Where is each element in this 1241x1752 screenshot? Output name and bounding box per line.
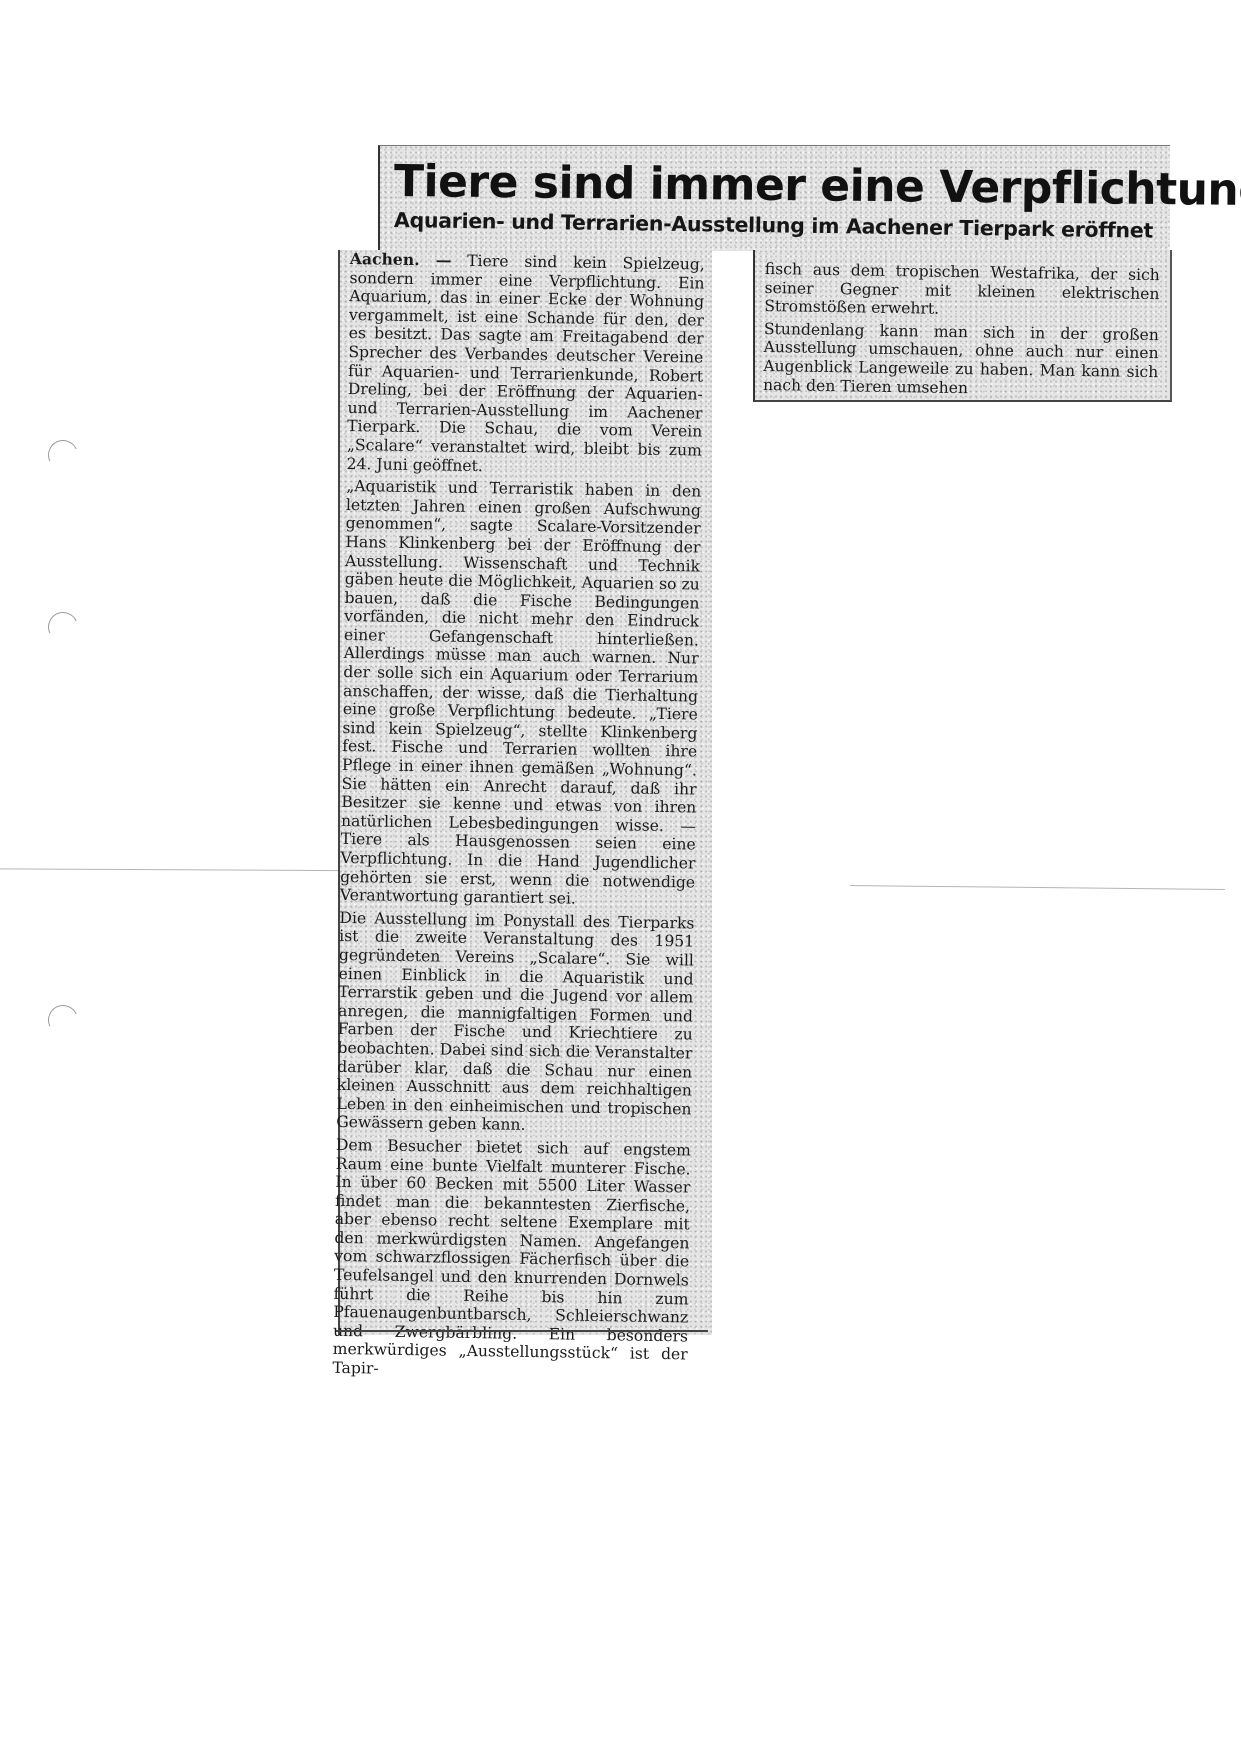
article-paragraph: „Aquaristik und Terraristik haben in den… <box>340 477 702 910</box>
article-paragraph: fisch aus dem tropischen Westafrika, der… <box>764 260 1160 322</box>
article-paragraph: Aachen. — Tiere sind kein Spielzeug, son… <box>346 250 704 479</box>
article-paragraph: Stundenlang kann man sich in der großen … <box>763 320 1159 401</box>
punch-hole-mark <box>44 608 82 646</box>
article-paragraph: Dem Besucher bietet sich auf engstem Rau… <box>332 1136 691 1383</box>
headline: Tiere sind immer eine Verpflichtung <box>394 156 1241 216</box>
punch-hole-mark <box>44 1001 82 1039</box>
paragraph-text: Tiere sind kein Spielzeug, sondern immer… <box>347 252 705 475</box>
article-column-right: fisch aus dem tropischen Westafrika, der… <box>753 250 1172 402</box>
article-column-left: Aachen. — Tiere sind kein Spielzeug, son… <box>338 250 712 1335</box>
fold-line <box>850 885 1225 890</box>
dateline: Aachen. — <box>350 249 452 270</box>
punch-hole-mark <box>44 436 82 474</box>
article-paragraph: Die Ausstellung im Ponystall des Tierpar… <box>336 909 694 1138</box>
headline-block: Tiere sind immer eine Verpflichtung Aqua… <box>378 145 1170 251</box>
column-rule <box>336 1330 708 1332</box>
